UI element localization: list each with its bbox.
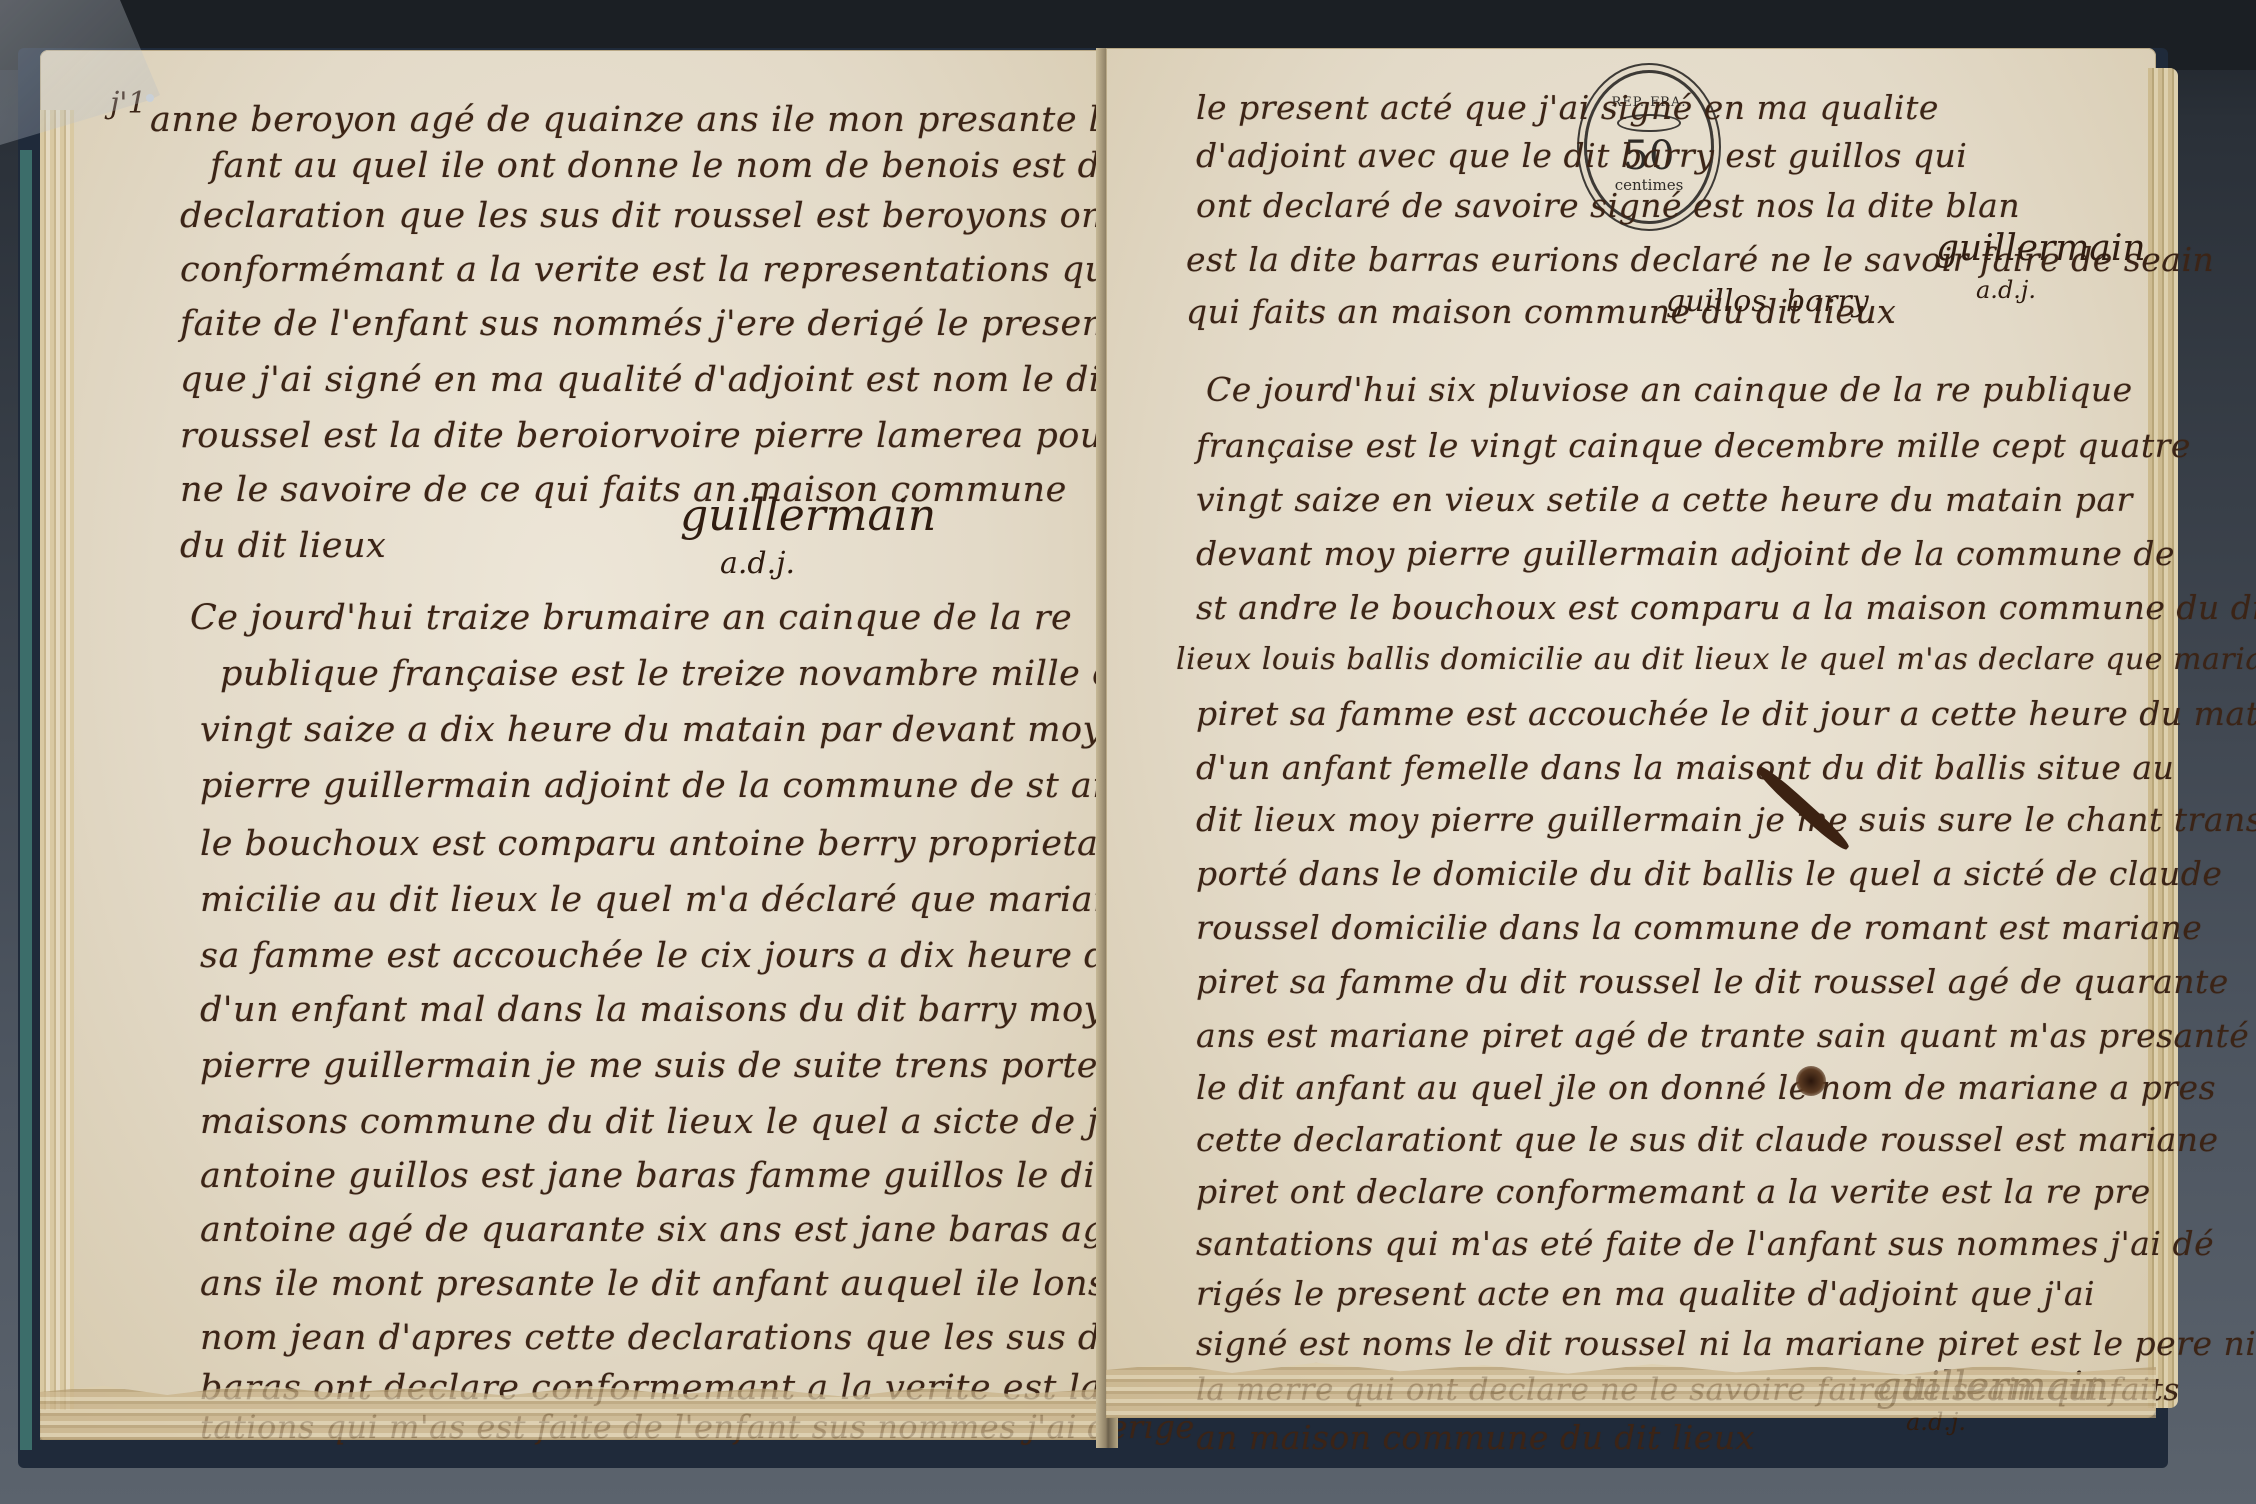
text-line: roussel est la dite beroiorvoire pierre … [180, 416, 1120, 456]
text-line: piret sa famme du dit roussel le dit rou… [1196, 962, 2229, 1001]
text-line: du dit lieux [180, 526, 386, 566]
text-line: faite de l'enfant sus nommés j'ere derig… [180, 304, 1208, 344]
text-line: dit lieux moy pierre guillermain je me s… [1196, 800, 2256, 839]
text-line: que j'ai signé en ma qualité d'adjoint e… [180, 360, 1115, 400]
text-line: maisons commune du dit lieux le quel a s… [200, 1102, 1164, 1142]
signature-guillermain: guillermain [680, 490, 936, 541]
text-line: vingt saize a dix heure du matain par de… [200, 710, 1103, 750]
text-line: d'un anfant femelle dans la maisont du d… [1196, 748, 2174, 787]
signature-guillos: guillos [1666, 284, 1767, 319]
text-line: st andre le bouchoux est comparu a la ma… [1196, 588, 2256, 627]
text-line: ont declaré de savoire signé est nos la … [1196, 186, 2020, 225]
left-page: j'1 anne beroyon agé de quainze ans ile … [40, 50, 1100, 1440]
text-line: vingt saize en vieux setile a cette heur… [1196, 480, 2133, 519]
text-line: d'adjoint avec que le dit barry est guil… [1196, 136, 1967, 175]
text-line: Ce jourd'hui six pluviose an cainque de … [1206, 370, 2133, 409]
signature-barry: barry [1786, 284, 1869, 319]
cover-edge-stripe [20, 150, 32, 1450]
left-page-text: anne beroyon agé de quainze ans ile mon … [40, 50, 1100, 1440]
text-line: le present acté que j'ai signé en ma qua… [1196, 88, 1939, 127]
text-line: le bouchoux est comparu antoine berry pr… [200, 824, 1205, 864]
signature-title-top: a.d.j. [1976, 276, 2036, 304]
text-line: d'un enfant mal dans la maisons du dit b… [200, 990, 1104, 1030]
text-line: micilie au dit lieux le quel m'a déclaré… [200, 880, 1205, 920]
text-line: piret sa famme est accouchée le dit jour… [1196, 694, 2256, 733]
signature-title: a.d.j. [720, 546, 795, 581]
text-line: anne beroyon agé de quainze ans ile mon … [150, 100, 1238, 140]
text-line: devant moy pierre guillermain adjoint de… [1196, 534, 2175, 573]
right-page: REP. FRA. 50 centimes le present acté qu… [1106, 48, 2156, 1418]
text-line: ans ile mont presante le dit anfant auqu… [200, 1264, 1230, 1304]
text-line: piret ont declare conformemant a la veri… [1196, 1172, 2151, 1211]
ink-blot [1796, 1066, 1826, 1096]
text-line: française est le vingt cainque decembre … [1196, 426, 2191, 465]
text-line: ans est mariane piret agé de trante sain… [1196, 1016, 2249, 1055]
text-line: roussel domicilie dans la commune de rom… [1196, 908, 2202, 947]
clip-screw-icon [146, 94, 154, 102]
text-line: rigés le present acte en ma qualite d'ad… [1196, 1274, 2095, 1313]
text-line: antoine guillos est jane baras famme gui… [200, 1156, 1198, 1196]
text-line: signé est noms le dit roussel ni la mari… [1196, 1324, 2256, 1363]
text-line: an maison commune du dit lieux [1196, 1418, 1755, 1457]
text-line: porté dans le domicile du dit ballis le … [1196, 854, 2222, 893]
text-line: pierre guillermain adjoint de la commune… [200, 766, 1177, 806]
text-line: lieux louis ballis domicilie au dit lieu… [1176, 642, 2256, 677]
text-line: santations qui m'as eté faite de l'anfan… [1196, 1224, 2214, 1263]
text-line: pierre guillermain je me suis de suite t… [200, 1046, 1240, 1086]
signature-guillermain-top: guillermain [1936, 228, 2146, 269]
text-line: cette declarationt que le sus dit claude… [1196, 1120, 2218, 1159]
text-line: Ce jourd'hui traize brumaire an cainque … [190, 598, 1072, 638]
text-line: le dit anfant au quel jle on donné le no… [1196, 1068, 2216, 1107]
